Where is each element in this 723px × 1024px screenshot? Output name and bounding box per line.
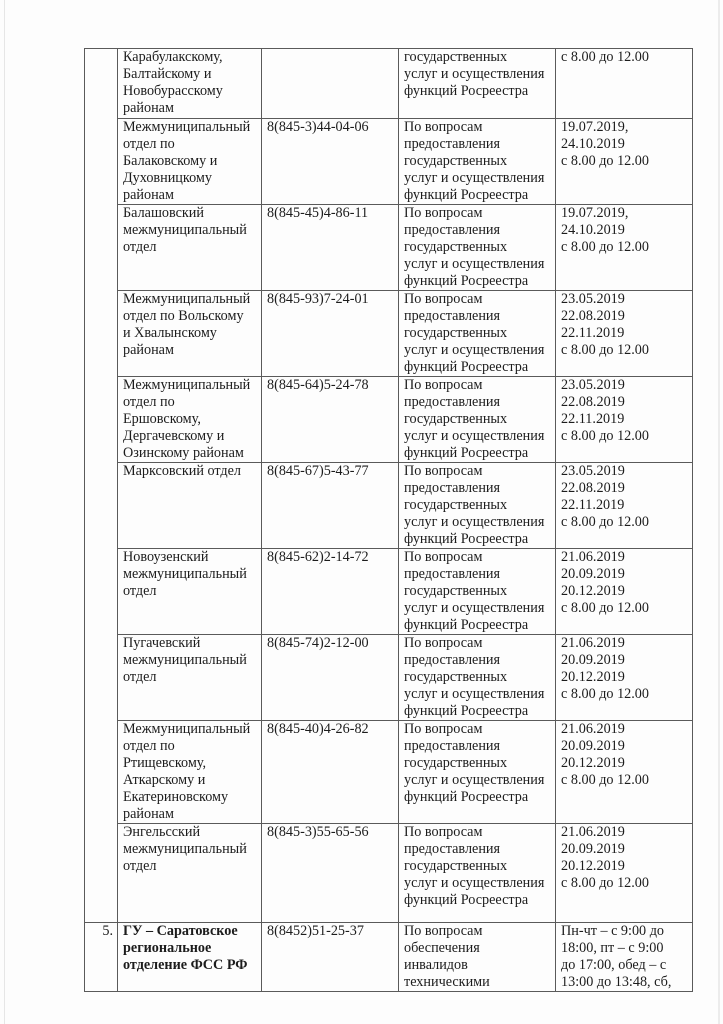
schedule-cell-line: с 8.00 до 12.00	[561, 600, 688, 617]
office-name-cell-line: Новоузенский	[123, 549, 257, 566]
office-name-cell-line: отделение ФСС РФ	[123, 957, 257, 974]
office-name-cell-line: межмуниципальный	[123, 566, 257, 583]
topic-cell-line: услуг и осуществления	[404, 342, 551, 359]
phone-cell: 8(845-3)55-65-56	[262, 824, 399, 923]
schedule-cell: с 8.00 до 12.00	[556, 49, 693, 119]
office-name-cell-line: Межмуниципальный	[123, 721, 257, 738]
table-row: Пугачевскиймежмуниципальныйотдел8(845-74…	[85, 635, 693, 721]
schedule-cell-line: с 8.00 до 12.00	[561, 428, 688, 445]
office-name-cell-line: отдел	[123, 239, 257, 256]
topic-cell: По вопросампредоставлениягосударственных…	[399, 824, 556, 923]
office-name-cell-line: Карабулакскому,	[123, 49, 257, 66]
topic-cell-line: государственных	[404, 49, 551, 66]
schedule-cell-line: 21.06.2019	[561, 824, 688, 841]
schedule-cell-line: 22.08.2019	[561, 308, 688, 325]
topic-cell-line: государственных	[404, 497, 551, 514]
office-name-cell-line: Межмуниципальный	[123, 291, 257, 308]
schedule-cell-line: с 8.00 до 12.00	[561, 875, 688, 892]
schedule-cell-line: с 8.00 до 12.00	[561, 772, 688, 789]
office-name-cell-line: Балашовский	[123, 205, 257, 222]
phone-cell: 8(8452)51-25-37	[262, 923, 399, 992]
office-name-cell-line: ГУ – Саратовское	[123, 923, 257, 940]
office-name-cell: Межмуниципальныйотдел поЕршовскому,Дерга…	[118, 377, 262, 463]
schedule-cell: 21.06.201920.09.201920.12.2019с 8.00 до …	[556, 635, 693, 721]
office-name-cell-line: Духовницкому	[123, 170, 257, 187]
topic-cell-line: государственных	[404, 239, 551, 256]
phone-cell-text: 8(8452)51-25-37	[267, 923, 394, 940]
topic-cell-line: предоставления	[404, 566, 551, 583]
scanned-page: Карабулакскому,Балтайскому иНовобурасско…	[0, 0, 723, 1024]
phone-cell-text: 8(845-45)4-86-11	[267, 205, 394, 222]
schedule-cell-line: 21.06.2019	[561, 549, 688, 566]
topic-cell-line: государственных	[404, 411, 551, 428]
topic-cell-line: техническими	[404, 974, 551, 991]
topic-cell-line: предоставления	[404, 738, 551, 755]
topic-cell-line: услуг и осуществления	[404, 428, 551, 445]
topic-cell-line: По вопросам	[404, 824, 551, 841]
phone-cell-text: 8(845-93)7-24-01	[267, 291, 394, 308]
office-name-cell-line: районам	[123, 342, 257, 359]
office-name-cell-line: районам	[123, 100, 257, 117]
topic-cell-line: услуг и осуществления	[404, 514, 551, 531]
table-row: Балашовскиймежмуниципальныйотдел8(845-45…	[85, 205, 693, 291]
topic-cell-line: функций Росреестра	[404, 445, 551, 462]
office-name-cell-line: Екатериновскому	[123, 789, 257, 806]
office-name-cell-line: Межмуниципальный	[123, 119, 257, 136]
office-name-cell-line: Аткарскому и	[123, 772, 257, 789]
schedule-cell-line: 23.05.2019	[561, 463, 688, 480]
topic-cell-line: функций Росреестра	[404, 789, 551, 806]
office-name-cell: Марксовский отдел	[118, 463, 262, 549]
topic-cell-line: функций Росреестра	[404, 617, 551, 634]
schedule-cell-line: 22.11.2019	[561, 411, 688, 428]
topic-cell-line: функций Росреестра	[404, 83, 551, 100]
table-body: Карабулакскому,Балтайскому иНовобурасско…	[85, 49, 693, 992]
schedule-cell-line: 22.08.2019	[561, 394, 688, 411]
topic-cell: По вопросампредоставлениягосударственных…	[399, 377, 556, 463]
topic-cell: По вопросампредоставлениягосударственных…	[399, 291, 556, 377]
schedule-cell-line: 19.07.2019,	[561, 205, 688, 222]
office-name-cell: Энгельсскиймежмуниципальныйотдел	[118, 824, 262, 923]
schedule-cell-line: 20.09.2019	[561, 841, 688, 858]
schedule-cell: 23.05.201922.08.201922.11.2019с 8.00 до …	[556, 291, 693, 377]
office-name-cell-line: Ртищевскому,	[123, 755, 257, 772]
schedule-cell-line: 19.07.2019,	[561, 119, 688, 136]
table-row: Межмуниципальныйотдел поБалаковскому иДу…	[85, 119, 693, 205]
topic-cell-line: По вопросам	[404, 635, 551, 652]
topic-cell-line: государственных	[404, 755, 551, 772]
schedule-cell-line: 24.10.2019	[561, 222, 688, 239]
topic-cell-line: предоставления	[404, 394, 551, 411]
schedule-cell-line: с 8.00 до 12.00	[561, 514, 688, 531]
table-row: Новоузенскиймежмуниципальныйотдел8(845-6…	[85, 549, 693, 635]
schedule-cell-line: 13:00 до 13:48, сб,	[561, 974, 688, 991]
office-name-cell-line: районам	[123, 806, 257, 823]
office-name-cell-line: Ершовскому,	[123, 411, 257, 428]
topic-cell-line: инвалидов	[404, 957, 551, 974]
topic-cell-line: государственных	[404, 669, 551, 686]
topic-cell: По вопросампредоставлениягосударственных…	[399, 463, 556, 549]
topic-cell-line: По вопросам	[404, 923, 551, 940]
schedule-cell-line: 20.09.2019	[561, 566, 688, 583]
topic-cell: По вопросамобеспеченияинвалидовтехническ…	[399, 923, 556, 992]
phone-cell-text: 8(845-3)55-65-56	[267, 824, 394, 841]
topic-cell-line: По вопросам	[404, 549, 551, 566]
table-row: Энгельсскиймежмуниципальныйотдел8(845-3)…	[85, 824, 693, 923]
office-name-cell-line: отдел	[123, 669, 257, 686]
phone-cell: 8(845-64)5-24-78	[262, 377, 399, 463]
schedule-cell-line: 21.06.2019	[561, 635, 688, 652]
office-name-cell-line: Балаковскому и	[123, 153, 257, 170]
scan-edge-right	[718, 0, 720, 1024]
phone-cell: 8(845-40)4-26-82	[262, 721, 399, 824]
office-name-cell: Балашовскиймежмуниципальныйотдел	[118, 205, 262, 291]
office-name-cell-line: Марксовский отдел	[123, 463, 257, 480]
schedule-cell: 21.06.201920.09.201920.12.2019с 8.00 до …	[556, 824, 693, 923]
scan-edge-left	[4, 0, 5, 1024]
topic-cell-line: По вопросам	[404, 721, 551, 738]
schedule-cell-line: с 8.00 до 12.00	[561, 49, 688, 66]
topic-cell-line: услуг и осуществления	[404, 686, 551, 703]
topic-cell: По вопросампредоставлениягосударственных…	[399, 549, 556, 635]
office-name-cell-line: Новобурасскому	[123, 83, 257, 100]
phone-cell-text: 8(845-64)5-24-78	[267, 377, 394, 394]
schedule-cell-line: с 8.00 до 12.00	[561, 342, 688, 359]
schedule-cell: 19.07.2019,24.10.2019с 8.00 до 12.00	[556, 119, 693, 205]
section-number-cell: 5.	[85, 923, 118, 992]
office-name-cell: Карабулакскому,Балтайскому иНовобурасско…	[118, 49, 262, 119]
topic-cell-line: функций Росреестра	[404, 892, 551, 909]
office-name-cell-line: Балтайскому и	[123, 66, 257, 83]
topic-cell: государственныхуслуг и осуществленияфунк…	[399, 49, 556, 119]
phone-cell-text: 8(845-74)2-12-00	[267, 635, 394, 652]
schedule-cell-line: 20.09.2019	[561, 652, 688, 669]
topic-cell-line: государственных	[404, 858, 551, 875]
phone-cell: 8(845-3)44-04-06	[262, 119, 399, 205]
topic-cell-line: функций Росреестра	[404, 703, 551, 720]
phone-cell-text: 8(845-62)2-14-72	[267, 549, 394, 566]
phone-cell	[262, 49, 399, 119]
topic-cell-line: По вопросам	[404, 377, 551, 394]
schedule-cell-line: Пн-чт – с 9:00 до	[561, 923, 688, 940]
topic-cell-line: По вопросам	[404, 205, 551, 222]
phone-cell: 8(845-45)4-86-11	[262, 205, 399, 291]
topic-cell-line: предоставления	[404, 652, 551, 669]
table-row: Межмуниципальныйотдел поРтищевскому,Атка…	[85, 721, 693, 824]
office-name-cell-line: и Хвалынскому	[123, 325, 257, 342]
office-name-cell: ГУ – Саратовскоерегиональноеотделение ФС…	[118, 923, 262, 992]
schedule-cell-line: 20.12.2019	[561, 755, 688, 772]
office-name-cell-line: региональное	[123, 940, 257, 957]
schedule-cell-line: 23.05.2019	[561, 377, 688, 394]
schedule-cell-line: 22.11.2019	[561, 325, 688, 342]
office-name-cell: Межмуниципальныйотдел по Вольскомуи Хвал…	[118, 291, 262, 377]
office-name-cell-line: межмуниципальный	[123, 222, 257, 239]
topic-cell-line: государственных	[404, 153, 551, 170]
phone-cell: 8(845-67)5-43-77	[262, 463, 399, 549]
topic-cell-line: предоставления	[404, 480, 551, 497]
schedule-cell: Пн-чт – с 9:00 до18:00, пт – с 9:00до 17…	[556, 923, 693, 992]
topic-cell: По вопросампредоставлениягосударственных…	[399, 119, 556, 205]
topic-cell-line: функций Росреестра	[404, 273, 551, 290]
topic-cell: По вопросампредоставлениягосударственных…	[399, 721, 556, 824]
topic-cell-line: услуг и осуществления	[404, 875, 551, 892]
office-name-cell: Межмуниципальныйотдел поРтищевскому,Атка…	[118, 721, 262, 824]
topic-cell-line: государственных	[404, 325, 551, 342]
topic-cell-line: функций Росреестра	[404, 359, 551, 376]
schedule-cell-line: с 8.00 до 12.00	[561, 153, 688, 170]
schedule-cell-line: 22.08.2019	[561, 480, 688, 497]
office-name-cell-line: отдел по	[123, 136, 257, 153]
office-name-cell-line: районам	[123, 187, 257, 204]
schedule-cell-line: 24.10.2019	[561, 136, 688, 153]
phone-cell: 8(845-74)2-12-00	[262, 635, 399, 721]
phone-cell: 8(845-93)7-24-01	[262, 291, 399, 377]
office-name-cell-line: отдел	[123, 858, 257, 875]
schedule-cell-line: 20.12.2019	[561, 669, 688, 686]
office-name-cell: Пугачевскиймежмуниципальныйотдел	[118, 635, 262, 721]
topic-cell-line: услуг и осуществления	[404, 170, 551, 187]
schedule-cell: 23.05.201922.08.201922.11.2019с 8.00 до …	[556, 377, 693, 463]
topic-cell-line: функций Росреестра	[404, 531, 551, 548]
topic-cell-line: услуг и осуществления	[404, 772, 551, 789]
topic-cell-line: предоставления	[404, 222, 551, 239]
table-row: Марксовский отдел8(845-67)5-43-77По вопр…	[85, 463, 693, 549]
topic-cell-line: предоставления	[404, 136, 551, 153]
office-name-cell-line: отдел по Вольскому	[123, 308, 257, 325]
office-name-cell: Межмуниципальныйотдел поБалаковскому иДу…	[118, 119, 262, 205]
office-name-cell-line: Межмуниципальный	[123, 377, 257, 394]
schedule-cell-line: 23.05.2019	[561, 291, 688, 308]
office-name-cell-line: межмуниципальный	[123, 652, 257, 669]
table-row: Карабулакскому,Балтайскому иНовобурасско…	[85, 49, 693, 119]
schedule-cell-line: 20.12.2019	[561, 858, 688, 875]
section-number-cell	[85, 49, 118, 923]
topic-cell-line: обеспечения	[404, 940, 551, 957]
topic-cell-line: функций Росреестра	[404, 187, 551, 204]
office-name-cell-line: отдел по	[123, 738, 257, 755]
schedule-cell: 21.06.201920.09.201920.12.2019с 8.00 до …	[556, 721, 693, 824]
phone-cell: 8(845-62)2-14-72	[262, 549, 399, 635]
office-name-cell-line: межмуниципальный	[123, 841, 257, 858]
table-row: Межмуниципальныйотдел поЕршовскому,Дерга…	[85, 377, 693, 463]
schedule-cell-line: 21.06.2019	[561, 721, 688, 738]
schedule-cell-line: с 8.00 до 12.00	[561, 239, 688, 256]
topic-cell-line: государственных	[404, 583, 551, 600]
schedule-cell-line: 20.09.2019	[561, 738, 688, 755]
topic-cell-line: По вопросам	[404, 463, 551, 480]
table-row: Межмуниципальныйотдел по Вольскомуи Хвал…	[85, 291, 693, 377]
office-name-cell-line: Энгельсский	[123, 824, 257, 841]
schedule-cell-line: с 8.00 до 12.00	[561, 686, 688, 703]
schedule-cell: 19.07.2019,24.10.2019с 8.00 до 12.00	[556, 205, 693, 291]
office-name-cell-line: Озинскому районам	[123, 445, 257, 462]
schedule-cell: 23.05.201922.08.201922.11.2019с 8.00 до …	[556, 463, 693, 549]
contacts-schedule-table: Карабулакскому,Балтайскому иНовобурасско…	[84, 48, 693, 992]
topic-cell-line: предоставления	[404, 841, 551, 858]
schedule-cell: 21.06.201920.09.201920.12.2019с 8.00 до …	[556, 549, 693, 635]
section-number-cell-text: 5.	[90, 923, 113, 940]
office-name-cell-line: Пугачевский	[123, 635, 257, 652]
office-name-cell-line: отдел по	[123, 394, 257, 411]
phone-cell-text: 8(845-3)44-04-06	[267, 119, 394, 136]
phone-cell-text: 8(845-40)4-26-82	[267, 721, 394, 738]
topic-cell: По вопросампредоставлениягосударственных…	[399, 635, 556, 721]
schedule-cell-line: 22.11.2019	[561, 497, 688, 514]
office-name-cell: Новоузенскиймежмуниципальныйотдел	[118, 549, 262, 635]
schedule-cell-line: до 17:00, обед – с	[561, 957, 688, 974]
topic-cell-line: услуг и осуществления	[404, 600, 551, 617]
topic-cell-line: По вопросам	[404, 291, 551, 308]
topic-cell-line: услуг и осуществления	[404, 256, 551, 273]
topic-cell: По вопросампредоставлениягосударственных…	[399, 205, 556, 291]
office-name-cell-line: отдел	[123, 583, 257, 600]
schedule-cell-line: 18:00, пт – с 9:00	[561, 940, 688, 957]
table-row-section-5: 5.ГУ – Саратовскоерегиональноеотделение …	[85, 923, 693, 992]
topic-cell-line: По вопросам	[404, 119, 551, 136]
office-name-cell-line: Дергачевскому и	[123, 428, 257, 445]
schedule-cell-line: 20.12.2019	[561, 583, 688, 600]
topic-cell-line: услуг и осуществления	[404, 66, 551, 83]
topic-cell-line: предоставления	[404, 308, 551, 325]
phone-cell-text: 8(845-67)5-43-77	[267, 463, 394, 480]
